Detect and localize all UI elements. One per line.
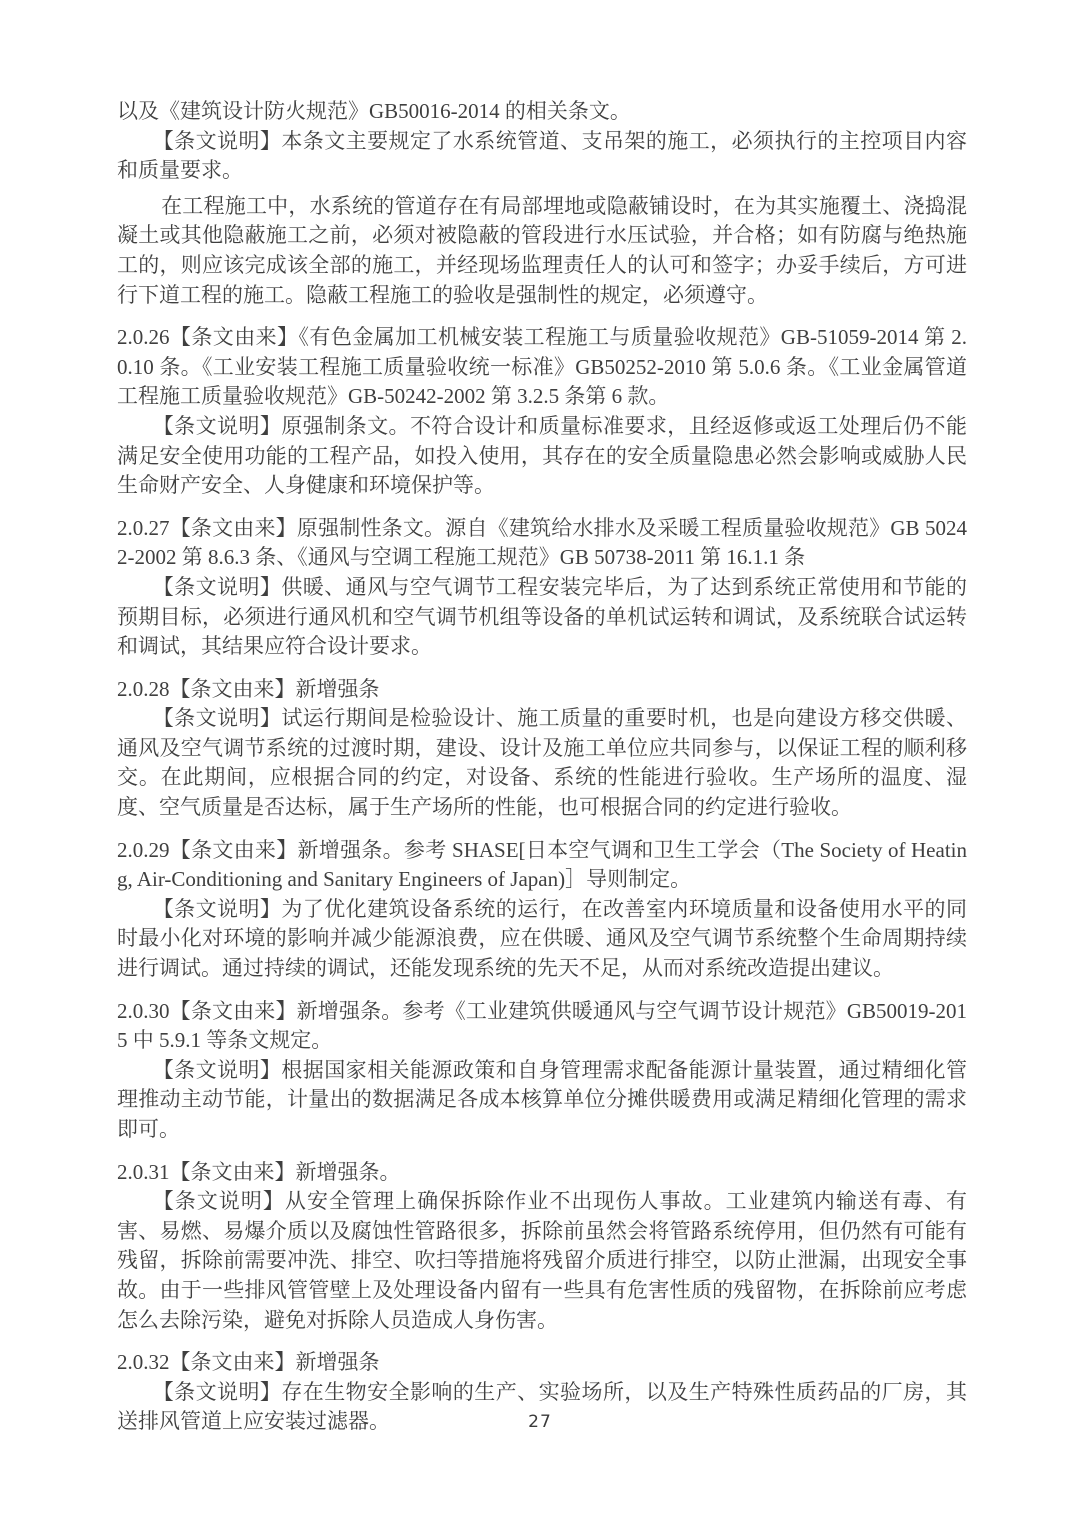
clause-2-0-31-origin: 2.0.31【条文由来】新增强条。 xyxy=(117,1158,967,1188)
clause-2-0-26-explanation: 【条文说明】原强制条文。不符合设计和质量标准要求，且经返修或返工处理后仍不能满足… xyxy=(117,412,967,501)
clause-2-0-28-explanation: 【条文说明】试运行期间是检验设计、施工质量的重要时机，也是向建设方移交供暖、通风… xyxy=(117,704,967,822)
clause-2-0-27-explanation: 【条文说明】供暖、通风与空气调节工程安装完毕后，为了达到系统正常使用和节能的预期… xyxy=(117,573,967,662)
clause-2-0-29-explanation: 【条文说明】为了优化建筑设备系统的运行，在改善室内环境质量和设备使用水平的同时最… xyxy=(117,895,967,984)
clause-2-0-32-origin: 2.0.32【条文由来】新增强条 xyxy=(117,1348,967,1378)
clause-2-0-29-origin: 2.0.29【条文由来】新增强条。参考 SHASE[日本空气调和卫生工学会（Th… xyxy=(117,836,967,895)
page-number: 27 xyxy=(528,1412,552,1432)
clause-2-0-27-origin: 2.0.27【条文由来】原强制性条文。源自《建筑给水排水及采暖工程质量验收规范》… xyxy=(117,514,967,573)
clause-2-0-31-explanation: 【条文说明】从安全管理上确保拆除作业不出现伤人事故。工业建筑内输送有毒、有害、易… xyxy=(117,1187,967,1335)
clause-2-0-30-explanation: 【条文说明】根据国家相关能源政策和自身管理需求配备能源计量装置，通过精细化管理推… xyxy=(117,1056,967,1145)
clause-2-0-30-origin: 2.0.30【条文由来】新增强条。参考《工业建筑供暖通风与空气调节设计规范》GB… xyxy=(117,997,967,1056)
clause-2-0-28-origin: 2.0.28【条文由来】新增强条 xyxy=(117,675,967,705)
document-body: 以及《建筑设计防火规范》GB50016-2014 的相关条文。 【条文说明】本条… xyxy=(117,97,967,1437)
paragraph-explanation-body: 在工程施工中，水系统的管道存在有局部埋地或隐蔽铺设时，在为其实施覆土、浇捣混凝土… xyxy=(117,192,967,310)
page-footer: 27 xyxy=(0,1412,1080,1432)
paragraph-intro-continuation: 以及《建筑设计防火规范》GB50016-2014 的相关条文。 xyxy=(117,97,967,127)
clause-2-0-26-origin: 2.0.26【条文由来】《有色金属加工机械安装工程施工与质量验收规范》GB-51… xyxy=(117,323,967,412)
paragraph-explanation: 【条文说明】本条文主要规定了水系统管道、支吊架的施工，必须执行的主控项目内容和质… xyxy=(117,127,967,186)
document-page: 以及《建筑设计防火规范》GB50016-2014 的相关条文。 【条文说明】本条… xyxy=(0,0,1080,1527)
